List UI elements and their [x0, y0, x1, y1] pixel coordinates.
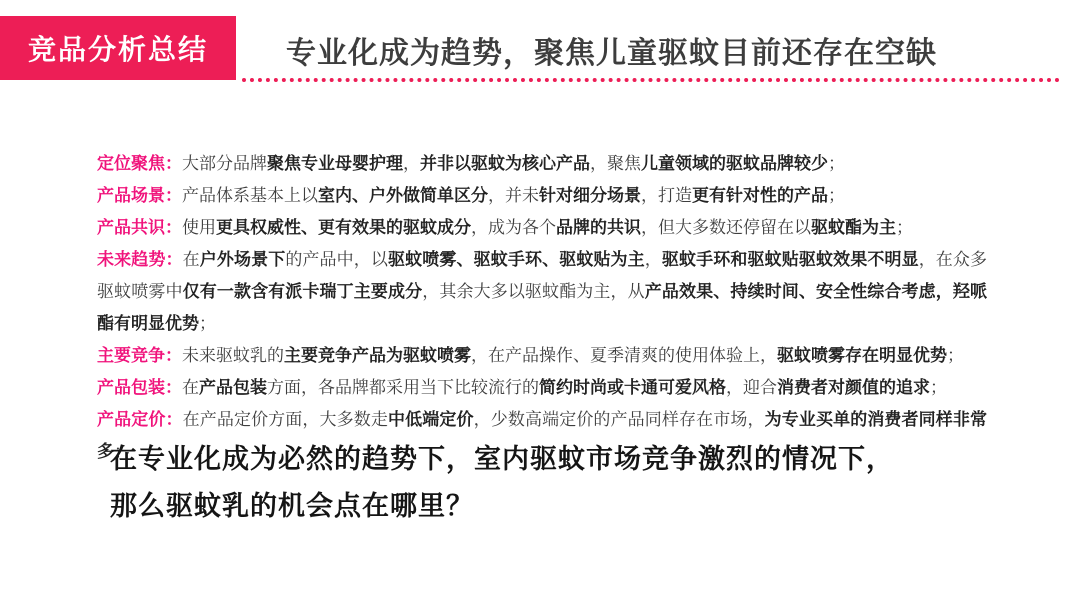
summary-item-text: 聚焦专业母婴护理 — [267, 154, 403, 173]
summary-item-text: ，其余大多以驱蚊酯为主，从 — [422, 282, 645, 301]
summary-item-text: 户外场景下 — [200, 250, 286, 269]
summary-item-text: 在 — [182, 378, 199, 397]
summary-item-text: 更具权威性、更有效果的驱蚊成分 — [216, 218, 471, 237]
summary-item-text: 仅有一款含有派卡瑞丁主要成分 — [183, 282, 423, 301]
summary-item-text: ，迎合 — [726, 378, 777, 397]
summary-item-label: 产品定价： — [97, 410, 183, 429]
question-line-1: 在专业化成为必然的趋势下，室内驱蚊市场竞争激烈的情况下， — [110, 436, 1010, 483]
slide-title: 专业化成为趋势，聚焦儿童驱蚊目前还存在空缺 — [286, 28, 1066, 72]
summary-item-text: ，并未 — [488, 186, 539, 205]
summary-item-text: ； — [199, 314, 216, 333]
summary-item-text: 驱蚊喷雾存在明显优势 — [777, 346, 947, 365]
summary-item-text: 更有针对性的产品 — [692, 186, 828, 205]
summary-item-label: 未来趋势： — [97, 250, 183, 269]
summary-item: 主要竞争：未来驱蚊乳的主要竞争产品为驱蚊喷雾，在产品操作、夏季清爽的使用体验上，… — [97, 340, 987, 372]
summary-item: 产品场景：产品体系基本上以室内、户外做简单区分，并未针对细分场景，打造更有针对性… — [97, 180, 987, 212]
summary-item-text: ； — [896, 218, 913, 237]
summary-item-text: ， — [645, 250, 662, 269]
slide: 竞品分析总结 专业化成为趋势，聚焦儿童驱蚊目前还存在空缺 定位聚焦：大部分品牌聚… — [0, 0, 1080, 600]
section-banner: 竞品分析总结 — [0, 16, 236, 80]
summary-item-text: 产品体系基本上以 — [182, 186, 318, 205]
summary-item-text: 儿童领域的驱蚊品牌较少 — [641, 154, 828, 173]
summary-item-text: 在 — [183, 250, 200, 269]
summary-item: 产品包装：在产品包装方面，各品牌都采用当下比较流行的简约时尚或卡通可爱风格，迎合… — [97, 372, 987, 404]
summary-item-text: ，但大多数还停留在以 — [641, 218, 811, 237]
title-underline-dotted — [242, 78, 1060, 82]
summary-item: 未来趋势：在户外场景下的产品中，以驱蚊喷雾、驱蚊手环、驱蚊贴为主，驱蚊手环和驱蚊… — [97, 244, 987, 340]
summary-item-text: 的产品中，以 — [285, 250, 388, 269]
summary-item-text: 主要竞争产品为驱蚊喷雾 — [284, 346, 471, 365]
summary-item-text: 产品包装 — [199, 378, 267, 397]
summary-item-text: ； — [828, 154, 845, 173]
summary-item-text: 简约时尚或卡通可爱风格 — [539, 378, 726, 397]
summary-item-label: 主要竞争： — [97, 346, 182, 365]
summary-item-text: ； — [947, 346, 964, 365]
summary-item-text: 大部分品牌 — [182, 154, 267, 173]
summary-item-text: 中低端定价 — [388, 410, 474, 429]
summary-item-text: 针对细分场景 — [539, 186, 641, 205]
summary-item-label: 产品包装： — [97, 378, 182, 397]
summary-item-text: 未来驱蚊乳的 — [182, 346, 284, 365]
summary-item-text: ； — [930, 378, 947, 397]
question-line-2: 那么驱蚊乳的机会点在哪里？ — [110, 483, 1010, 530]
summary-item: 产品共识：使用更具权威性、更有效果的驱蚊成分，成为各个品牌的共识，但大多数还停留… — [97, 212, 987, 244]
summary-item-text: ，在产品操作、夏季清爽的使用体验上， — [471, 346, 777, 365]
summary-item-text: 使用 — [182, 218, 216, 237]
section-banner-label: 竞品分析总结 — [28, 28, 208, 68]
summary-item-text: 并非以驱蚊为核心产品 — [420, 154, 590, 173]
summary-item-text: 方面，各品牌都采用当下比较流行的 — [267, 378, 539, 397]
summary-item-text: ，打造 — [641, 186, 692, 205]
summary-item-text: ，少数高端定价的产品同样存在市场， — [474, 410, 765, 429]
summary-list: 定位聚焦：大部分品牌聚焦专业母婴护理，并非以驱蚊为核心产品，聚焦儿童领域的驱蚊品… — [97, 148, 987, 468]
summary-item-text: 品牌的共识 — [556, 218, 641, 237]
question-block: 在专业化成为必然的趋势下，室内驱蚊市场竞争激烈的情况下， 那么驱蚊乳的机会点在哪… — [110, 436, 1010, 530]
summary-item-label: 定位聚焦： — [97, 154, 182, 173]
summary-item-text: ，聚焦 — [590, 154, 641, 173]
summary-item-text: 消费者对颜值的追求 — [777, 378, 930, 397]
summary-item-text: ， — [403, 154, 420, 173]
summary-item-text: 室内、户外做简单区分 — [318, 186, 488, 205]
summary-item-label: 产品场景： — [97, 186, 182, 205]
summary-item-text: 驱蚊手环和驱蚊贴驱蚊效果不明显 — [662, 250, 919, 269]
summary-item-label: 产品共识： — [97, 218, 182, 237]
summary-item-text: 驱蚊喷雾、驱蚊手环、驱蚊贴为主 — [388, 250, 645, 269]
summary-item-text: 驱蚊酯为主 — [811, 218, 896, 237]
summary-item: 定位聚焦：大部分品牌聚焦专业母婴护理，并非以驱蚊为核心产品，聚焦儿童领域的驱蚊品… — [97, 148, 987, 180]
summary-item-text: ； — [828, 186, 845, 205]
summary-item-text: 在产品定价方面，大多数走 — [183, 410, 388, 429]
summary-item-text: ，成为各个 — [471, 218, 556, 237]
